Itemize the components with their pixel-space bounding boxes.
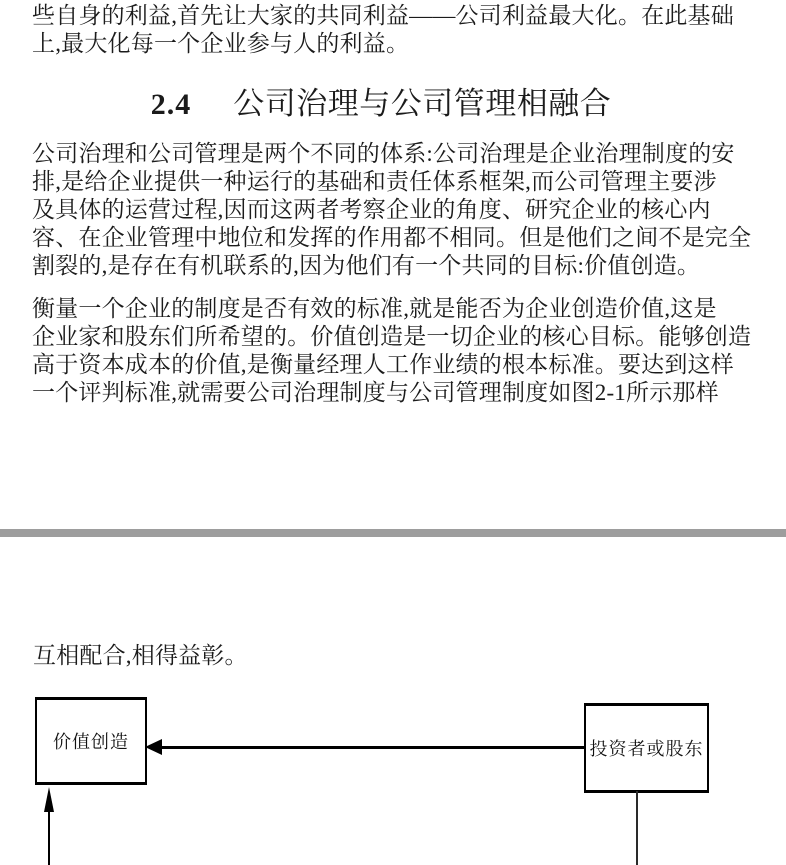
text-line: 企业家和股东们所希望的。价值创造是一切企业的核心目标。能够创造 (32, 323, 751, 351)
investors-shareholders-label: 投资者或股东 (590, 735, 704, 761)
investors-shareholders-box: 投资者或股东 (584, 703, 709, 793)
up-arrowhead-icon (44, 787, 54, 812)
continuation-line: 互相配合,相得益彰。 (33, 642, 248, 670)
vertical-line-left (48, 809, 50, 865)
text-line: 排,是给企业提供一种运行的基础和责任体系框架,而公司管理主要涉 (32, 168, 751, 196)
paragraph-value-creation-standard: 衡量一个企业的制度是否有效的标准,就是能否为企业创造价值,这是 企业家和股东们所… (32, 295, 751, 407)
text-line: 衡量一个企业的制度是否有效的标准,就是能否为企业创造价值,这是 (32, 295, 751, 323)
document-page: 些自身的利益,首先让大家的共同利益——公司利益最大化。在此基础 上,最大化每一个… (0, 0, 786, 865)
section-heading: 2.4 公司治理与公司管理相融合 (0, 78, 774, 123)
value-creation-label: 价值创造 (53, 728, 129, 754)
text-line: 些自身的利益,首先让大家的共同利益——公司利益最大化。在此基础 (32, 2, 734, 30)
text-line: 一个评判标准,就需要公司治理制度与公司管理制度如图2-1所示那样 (32, 379, 751, 407)
text-line: 容、在企业管理中地位和发挥的作用都不相同。但是他们之间不是完全 (32, 224, 751, 252)
vertical-line-right (636, 791, 638, 865)
intro-paragraph: 些自身的利益,首先让大家的共同利益——公司利益最大化。在此基础 上,最大化每一个… (32, 2, 734, 58)
section-number: 2.4 (151, 88, 192, 122)
horizontal-arrow-line (158, 746, 584, 749)
section-title: 公司治理与公司管理相融合 (233, 78, 611, 123)
left-arrowhead-icon (145, 739, 162, 755)
page-break-divider (0, 529, 786, 537)
paragraph-governance-vs-management: 公司治理和公司管理是两个不同的体系:公司治理是企业治理制度的安 排,是给企业提供… (32, 140, 751, 280)
figure-2-1-diagram: 价值创造 投资者或股东 (0, 0, 786, 865)
value-creation-box: 价值创造 (35, 697, 147, 785)
text-line: 及具体的运营过程,因而这两者考察企业的角度、研究企业的核心内 (32, 196, 751, 224)
text-line: 割裂的,是存在有机联系的,因为他们有一个共同的目标:价值创造。 (32, 252, 751, 280)
text-line: 高于资本成本的价值,是衡量经理人工作业绩的根本标准。要达到这样 (32, 351, 751, 379)
text-line: 公司治理和公司管理是两个不同的体系:公司治理是企业治理制度的安 (32, 140, 751, 168)
text-line: 上,最大化每一个企业参与人的利益。 (32, 30, 734, 58)
